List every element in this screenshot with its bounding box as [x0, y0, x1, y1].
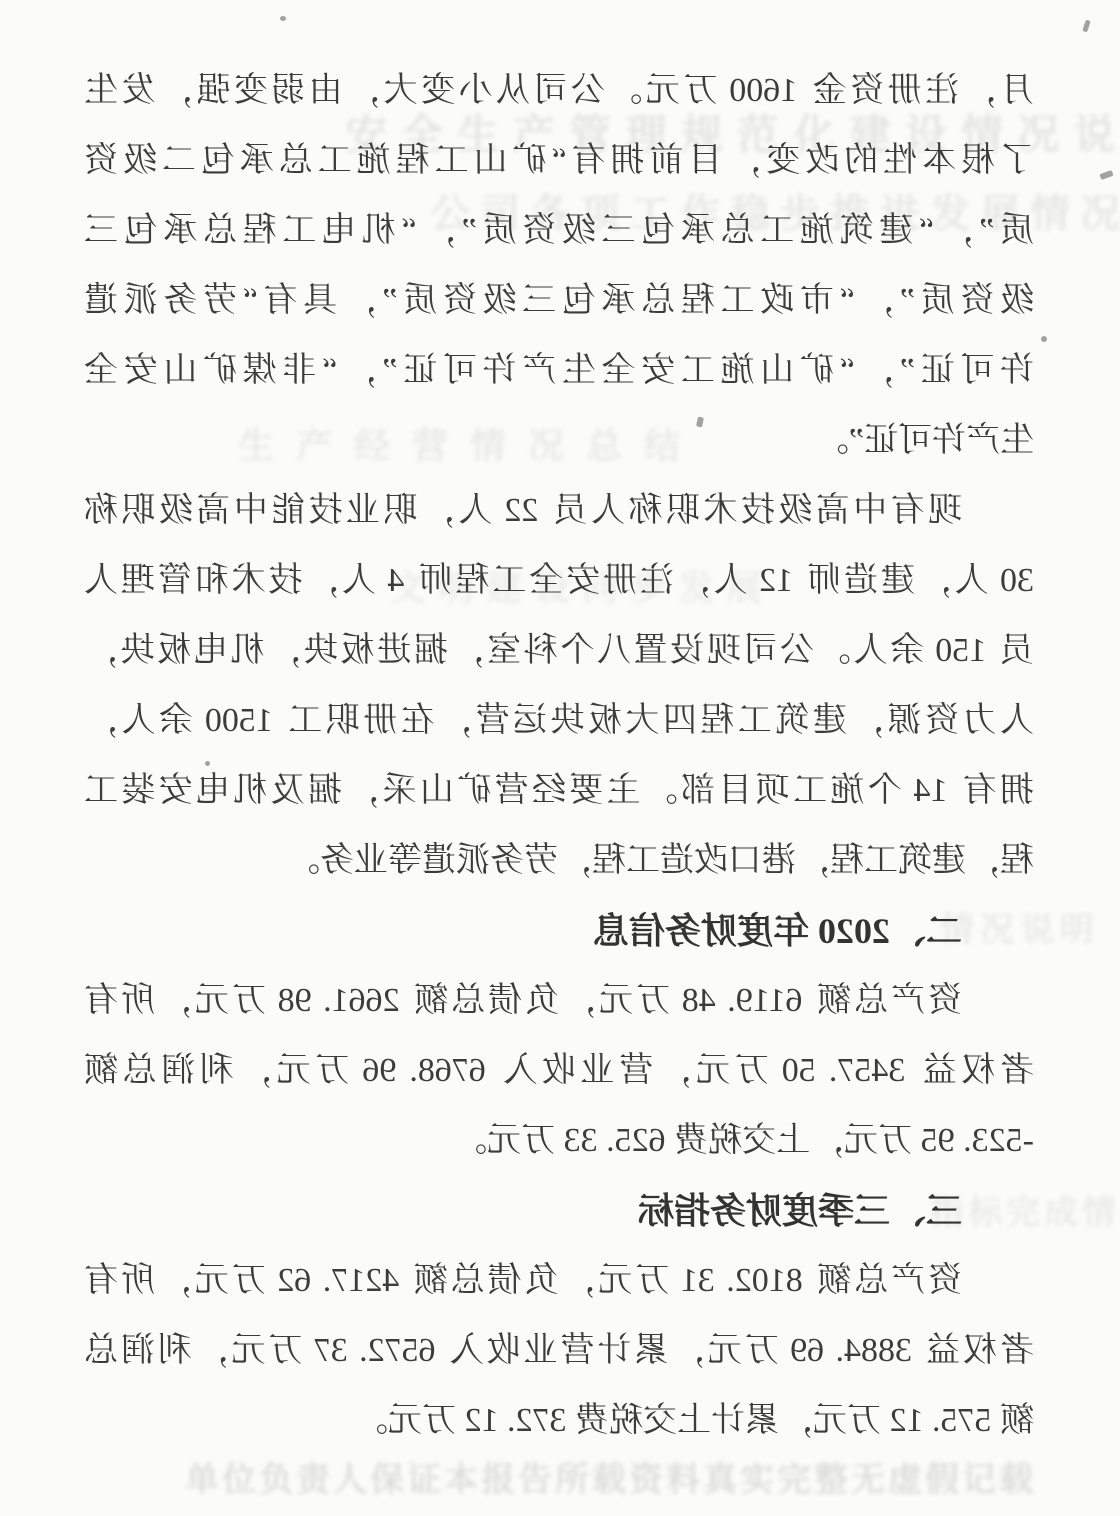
doc-line: -523. 95 万元，上交税费 625. 33 万元。	[84, 1106, 1034, 1176]
doc-line: 者权益 3884. 69 万元，累计营业收入 6572. 37 万元，利润总	[84, 1316, 1034, 1386]
doc-line: 额 575. 12 万元，累计上交税费 372. 12 万元。	[84, 1386, 1034, 1456]
doc-line: 资产总额 6119. 48 万元，负债总额 2661. 98 万元，所有	[84, 966, 1034, 1036]
doc-line: 30 人，建造师 12 人，注册安全工程师 4 人，技术和管理人	[84, 546, 1034, 616]
doc-line: 拥有 14 个施工项目部。主要经营矿山采，掘及机电安装工	[84, 756, 1034, 826]
scanned-document-page: 安全生产管理规范化建设情况说明 公司各项工作稳步推进发展情况 生产经营情况总结 …	[0, 0, 1120, 1516]
doc-line: 者权益 3457. 50 万元，营业收入 6768. 96 万元，利润总额	[84, 1036, 1034, 1106]
doc-line: 许可证”，“矿山施工安全生产许可证”，“非煤矿山安全	[84, 336, 1034, 406]
section-heading: 二、2020 年度财务信息	[84, 896, 1034, 966]
mirrored-text-layer: 月，注册资金 1600 万元。公司从小变大，由弱变强，发生 了根本性的改变，目前…	[0, 0, 1120, 1516]
section-heading: 三、三季度财务指标	[84, 1176, 1034, 1246]
doc-line: 月，注册资金 1600 万元。公司从小变大，由弱变强，发生	[84, 56, 1034, 126]
doc-line: 级资质”，“市政工程总承包三级资质”，具有“劳务派遣	[84, 266, 1034, 336]
doc-line: 程，建筑工程，港口改造工程，劳务派遣等业务。	[84, 826, 1034, 896]
doc-line: 员 150 余人。公司现设置八个科室，掘进板块，机电板块，	[84, 616, 1034, 686]
doc-line: 人力资源，建筑工程四大板块运营，在册职工 1500 余人，	[84, 686, 1034, 756]
document-text-block: 月，注册资金 1600 万元。公司从小变大，由弱变强，发生 了根本性的改变，目前…	[84, 56, 1034, 1456]
doc-line: 生产许可证”。	[84, 406, 1034, 476]
doc-line: 质”，“建筑施工总承包三级资质”，“机电工程总承包三	[84, 196, 1034, 266]
doc-line: 了根本性的改变，目前拥有“矿山工程施工总承包二级资	[84, 126, 1034, 196]
doc-line: 资产总额 8102. 31 万元，负债总额 4217. 62 万元，所有	[84, 1246, 1034, 1316]
doc-line: 现有中高级技术职称人员 22 人，职业技能中高级职称	[84, 476, 1034, 546]
